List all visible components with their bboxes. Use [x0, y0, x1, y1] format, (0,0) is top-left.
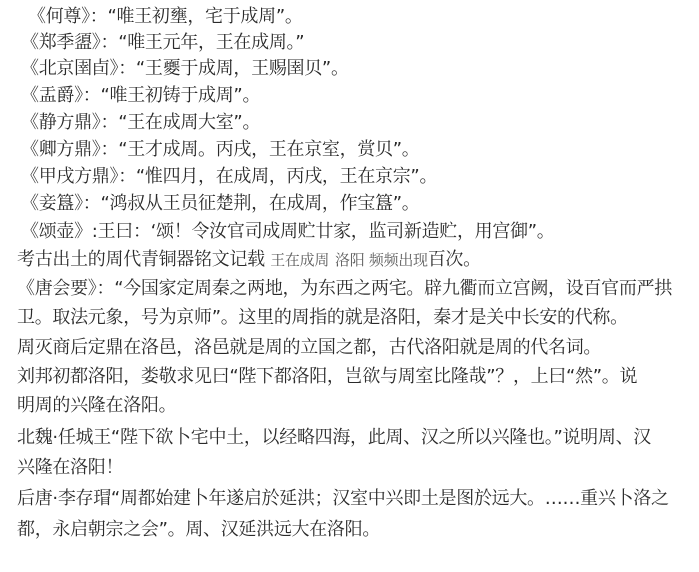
paragraph-line: 《唐会要》：“今国家定周秦之两地，为东西之两宅。辟九衢而立宫阙，设百官而严拱 — [17, 276, 672, 302]
paragraph-line: 刘邦初都洛阳，娄敬求见曰“陛下都洛阳，岂欲与周室比隆哉”？，上曰“然”。说 — [17, 364, 637, 390]
paragraph-line: 明周的兴隆在洛阳。 — [17, 393, 176, 419]
inscription-line: 《何尊》：“唯王初壅，宅于成周”。 — [28, 4, 303, 30]
inscription-line: 《郑季盨》：“唯王元年，王在成周。” — [21, 30, 304, 56]
overlapping-text: 王在成周洛阳 频频出现 — [270, 247, 427, 273]
archaeology-prefix: 考古出土的周代青铜器铭文记载 — [17, 249, 265, 270]
inscription-line: 《甲戌方鼎》：“惟四月，在成周，丙戌，王在京宗”。 — [21, 164, 437, 190]
archaeology-suffix: 百次。 — [428, 249, 481, 270]
paragraph-line: 兴隆在洛阳！ — [17, 455, 123, 481]
inscription-line: 《卿方鼎》：“王才成周。丙戌，王在京室，赏贝”。 — [21, 137, 419, 163]
paragraph-line: 北魏·任城王“陛下欲卜宅中土，以经略四海，此周、汉之所以兴隆也。”说明周、汉 — [17, 425, 651, 451]
inscription-line: 《静方鼎》：“王在成周大室”。 — [21, 110, 260, 136]
paragraph-line: 后唐·李存瑁“周都始建卜年遂启於延洪；汉室中兴即土是图於远大。……重兴卜洛之 — [17, 486, 669, 512]
paragraph-line: 卫。取法元象，号为京师”。这里的周指的就是洛阳，秦才是关中长安的代称。 — [17, 305, 628, 331]
inscription-line: 《盂爵》：“唯王初铸于成周”。 — [21, 83, 260, 109]
paragraph-line: 周灭商后定鼎在洛邑，洛邑就是周的立国之都，古代洛阳就是周的代名词。 — [17, 335, 601, 361]
inscription-line: 《颂壶》:王曰：‘颂！令汝官司成周贮廿家，监司新造贮，用宫御”。 — [21, 219, 555, 245]
overlap-text-b: 洛阳 频频出现 — [335, 251, 428, 269]
archaeology-line: 考古出土的周代青铜器铭文记载 王在成周洛阳 频频出现 百次。 — [17, 247, 481, 273]
paragraph-line: 都，永启朝宗之会”。周、汉延洪远大在洛阳。 — [17, 517, 380, 543]
overlap-text-a: 王在成周 — [270, 251, 329, 269]
inscription-line: 《妾簋》：“鸿叔从王员征楚荆，在成周，作宝簋”。 — [21, 191, 419, 217]
inscription-line: 《北京圉卣》：“王夒于成周，王赐圉贝”。 — [21, 56, 349, 82]
